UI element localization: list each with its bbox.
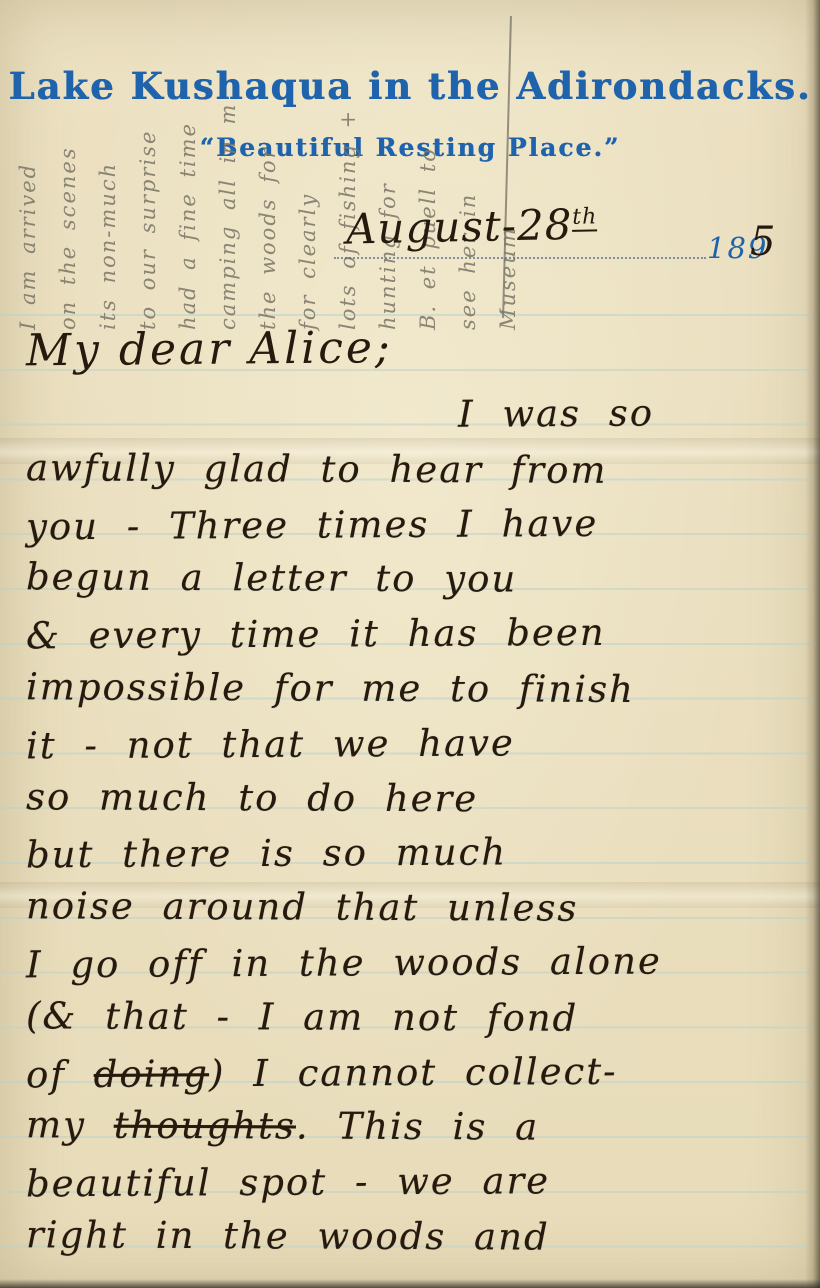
pencil-stroke (502, 16, 512, 318)
letterhead-title: Lake Kushaqua in the Adirondacks. (0, 64, 820, 108)
letter-line: of doing) I cannot collect- (26, 1043, 802, 1103)
pencil-line: to our surprise (128, 6, 168, 336)
date-ordinal: th (572, 204, 598, 232)
date-month-day: August-28 (346, 200, 573, 254)
pencil-line: its non-much (88, 6, 128, 336)
pencil-cross-writing: I am arrivedon the scenesits non-muchto … (8, 6, 528, 336)
struck-word: thoughts (114, 1104, 296, 1148)
letter-text: noise around that unless (26, 884, 579, 929)
letter-salutation: My dear Alice; (26, 319, 803, 392)
letter-line: I was so (26, 386, 802, 446)
letter-page: Lake Kushaqua in the Adirondacks. “Beaut… (0, 0, 820, 1288)
letter-text: you - Three times I have (26, 501, 599, 547)
letter-line: & every time it has been (26, 605, 802, 665)
letter-line: but there is so much (26, 824, 802, 884)
letter-text: impossible for me to finish (26, 665, 635, 711)
letter-line: you - Three times I have (26, 495, 802, 555)
letter-line: awfully glad to hear from (26, 441, 802, 499)
letter-text: (& that - I am not fond (26, 994, 578, 1039)
letter-text: awfully glad to hear from (26, 446, 608, 492)
pencil-line: B. et puell to (408, 6, 448, 336)
pencil-line: see her in (448, 6, 488, 336)
letter-text: right in the woods and (26, 1213, 550, 1258)
letter-line: right in the woods and (26, 1208, 802, 1266)
letterhead-subtitle: “Beautiful Resting Place.” (0, 133, 820, 162)
letter-text: begun a letter to you (26, 556, 517, 601)
pencil-line: hunting for (368, 6, 408, 336)
struck-word: doing (94, 1052, 210, 1096)
pencil-line: lots of fishing + (328, 6, 368, 336)
pencil-line: I am arrived (8, 6, 48, 336)
letter-text: beautiful spot - we are (26, 1159, 550, 1205)
letter-text: it - not that we have (26, 721, 515, 767)
letter-text: I go off in the woods alone (26, 939, 662, 986)
letter-line: impossible for me to finish (26, 660, 802, 718)
letter-line: it - not that we have (26, 714, 802, 774)
paper-edge-bottom (0, 1279, 820, 1288)
letter-body: My dear Alice; I was soawfully glad to h… (26, 322, 802, 1265)
letter-line: noise around that unless (26, 879, 802, 937)
handwritten-date: August-28th (346, 199, 598, 253)
handwritten-year-digit: 5 (750, 219, 775, 265)
letter-text: I was so (458, 392, 654, 436)
letter-line: my thoughts. This is a (26, 1099, 802, 1157)
letter-line: begun a letter to you (26, 551, 802, 609)
letter-text: . This is a (296, 1105, 539, 1149)
letter-line: beautiful spot - we are (26, 1153, 802, 1213)
pencil-line: camping all in m (208, 6, 248, 336)
letter-line: so much to do here (26, 770, 802, 828)
letter-text: of (26, 1053, 94, 1096)
letter-line: (& that - I am not fond (26, 989, 802, 1047)
letter-line: I go off in the woods alone (26, 934, 802, 994)
letter-text: ) I cannot collect- (209, 1049, 618, 1094)
date-dotted-line (334, 257, 706, 259)
paper-edge-right (805, 0, 820, 1288)
letter-text: & every time it has been (26, 611, 606, 658)
letter-text: but there is so much (26, 831, 507, 877)
letter-text: my (26, 1104, 114, 1147)
letter-text: so much to do here (26, 775, 478, 820)
pencil-line: on the scenes (48, 6, 88, 336)
pencil-line: the woods for (248, 6, 288, 336)
pencil-line: for clearly (288, 6, 328, 336)
pencil-line: had a fine time (168, 6, 208, 336)
